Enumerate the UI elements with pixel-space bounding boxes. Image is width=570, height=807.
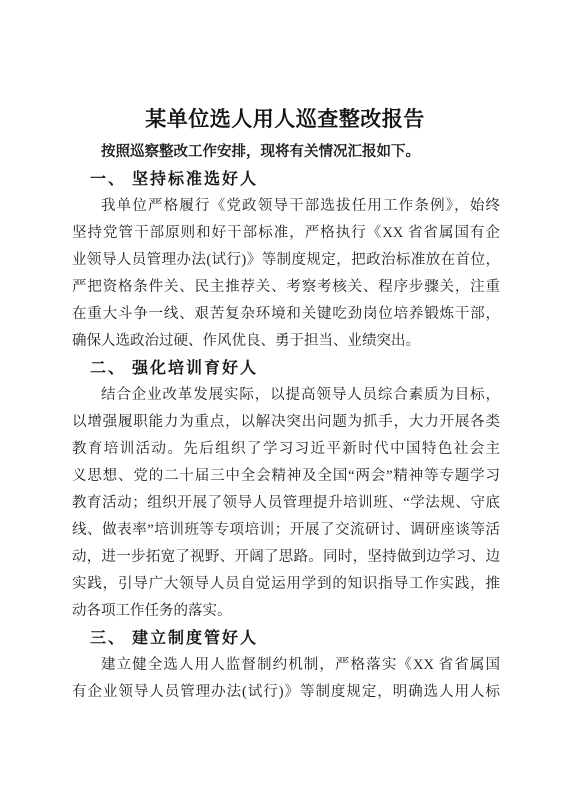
document-body: 按照巡察整改工作安排，现将有关情况汇报如下。 一、 坚持标准选好人 我单位严格履…	[72, 139, 500, 706]
paragraph-line: 教育活动；组织开展了领导人员管理提升培训班、“学法规、守底	[72, 490, 500, 517]
report-title: 某单位选人用人巡查整改报告	[0, 104, 570, 134]
section-heading-1: 一、 坚持标准选好人	[72, 166, 500, 193]
paragraph-line: 在重大斗争一线、艰苦复杂环境和关键吃劲岗位培养锻炼干部，	[72, 301, 500, 328]
paragraph-line: 结合企业改革发展实际，以提高领导人员综合素质为目标，	[72, 382, 500, 409]
paragraph-line: 业领导人员管理办法(试行)》等制度规定，把政治标准放在首位，	[72, 247, 500, 274]
paragraph-line: 动，进一步拓宽了视野、开阔了思路。同时，坚持做到边学习、边	[72, 544, 500, 571]
paragraph-line: 动各项工作任务的落实。	[72, 598, 500, 625]
paragraph-line: 教育培训活动。先后组织了学习习近平新时代中国特色社会主	[72, 436, 500, 463]
paragraph-line: 建立健全选人用人监督制约机制，严格落实《XX 省省属国	[72, 652, 500, 679]
paragraph-line: 义思想、党的二十届三中全会精神及全国“两会”精神等专题学习	[72, 463, 500, 490]
section-heading-2: 二、 强化培训育好人	[72, 355, 500, 382]
section-heading-3: 三、 建立制度管好人	[72, 625, 500, 652]
paragraph-line: 我单位严格履行《党政领导干部选拔任用工作条例》，始终	[72, 193, 500, 220]
intro-line: 按照巡察整改工作安排，现将有关情况汇报如下。	[72, 139, 500, 166]
paragraph-line: 有企业领导人员管理办法(试行)》等制度规定，明确选人用人标	[72, 679, 500, 706]
paragraph-line: 严把资格条件关、民主推荐关、考察考核关、程序步骤关，注重	[72, 274, 500, 301]
document-page: 某单位选人用人巡查整改报告 按照巡察整改工作安排，现将有关情况汇报如下。 一、 …	[0, 0, 570, 807]
paragraph-line: 实践，引导广大领导人员自觉运用学到的知识指导工作实践，推	[72, 571, 500, 598]
paragraph-line: 确保人选政治过硬、作风优良、勇于担当、业绩突出。	[72, 328, 500, 355]
paragraph-line: 线、做表率”培训班等专项培训；开展了交流研讨、调研座谈等活	[72, 517, 500, 544]
paragraph-line: 坚持党管干部原则和好干部标准，严格执行《XX 省省属国有企	[72, 220, 500, 247]
paragraph-line: 以增强履职能力为重点，以解决突出问题为抓手，大力开展各类	[72, 409, 500, 436]
